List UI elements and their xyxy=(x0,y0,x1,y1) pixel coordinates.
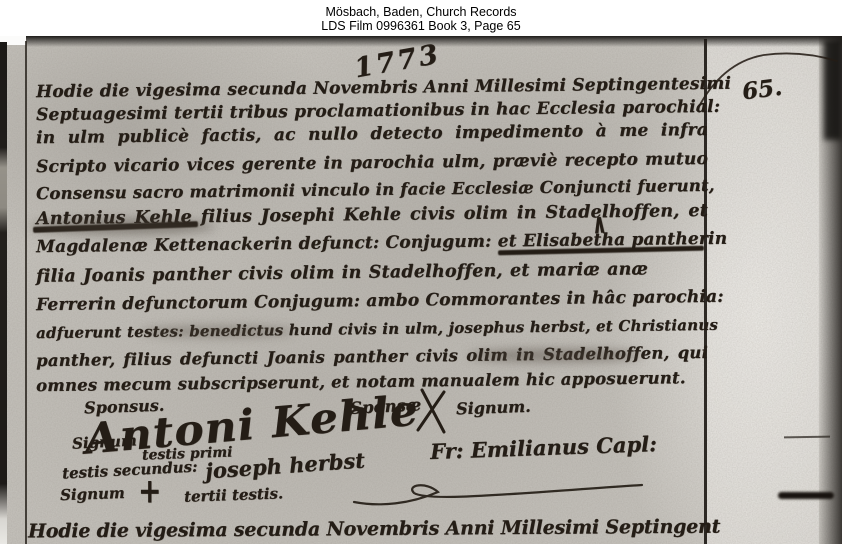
film-header-subtitle: LDS Film 0996361 Book 3, Page 65 xyxy=(0,19,842,33)
record-line-8: filia Joanis panther civis olim in Stade… xyxy=(36,259,648,286)
page-number: 65. xyxy=(741,74,784,106)
record-line-4: Scripto vicario vices gerente in parochi… xyxy=(36,149,708,177)
film-header: Mösbach, Baden, Church Records LDS Film … xyxy=(0,0,842,36)
scan-left-edge xyxy=(0,42,7,544)
left-margin-rule-line xyxy=(25,41,27,544)
record-line-10: adfuerunt testes: benedictus hund civis … xyxy=(36,316,708,342)
document-scan: 1773 65. Hodie die vigesima secunda Nove… xyxy=(0,36,842,544)
stadelhoffen-ink-smudge xyxy=(468,349,643,362)
insertion-caret-mark: ∧ xyxy=(591,208,607,241)
kehle-ink-smudge xyxy=(30,219,215,234)
record-line-3: in ulm publicè factis, ac nullo detecto … xyxy=(36,120,708,148)
record-line-6-seg-c: filius Josephi Kehle civis olim in Stade… xyxy=(192,201,708,227)
record-line-5: Consensu sacro matrimonii vinculo in fac… xyxy=(36,176,708,203)
film-header-title: Mösbach, Baden, Church Records xyxy=(0,5,842,19)
bottom-ink-blob xyxy=(778,492,834,499)
signum-tertii-label: Signum xyxy=(60,484,125,504)
sponsa-signum-label: Signum. xyxy=(456,397,531,419)
testis-secundus-label: testis secundus: xyxy=(62,457,198,482)
record-line-9: Ferrerin defunctorum Conjugum: ambo Comm… xyxy=(36,287,708,315)
testes-ink-smudge xyxy=(140,326,295,337)
priest-signature-flourish xyxy=(348,476,648,508)
third-witness-cross-mark: + xyxy=(138,471,161,511)
tertii-testis-label: tertii testis. xyxy=(184,484,284,505)
screenshot-root: Mösbach, Baden, Church Records LDS Film … xyxy=(0,0,842,544)
priest-signature: Fr: Emilianus Capl: xyxy=(430,431,658,464)
next-record-partial-line: Hodie die vigesima secunda Novembris Ann… xyxy=(28,516,708,543)
